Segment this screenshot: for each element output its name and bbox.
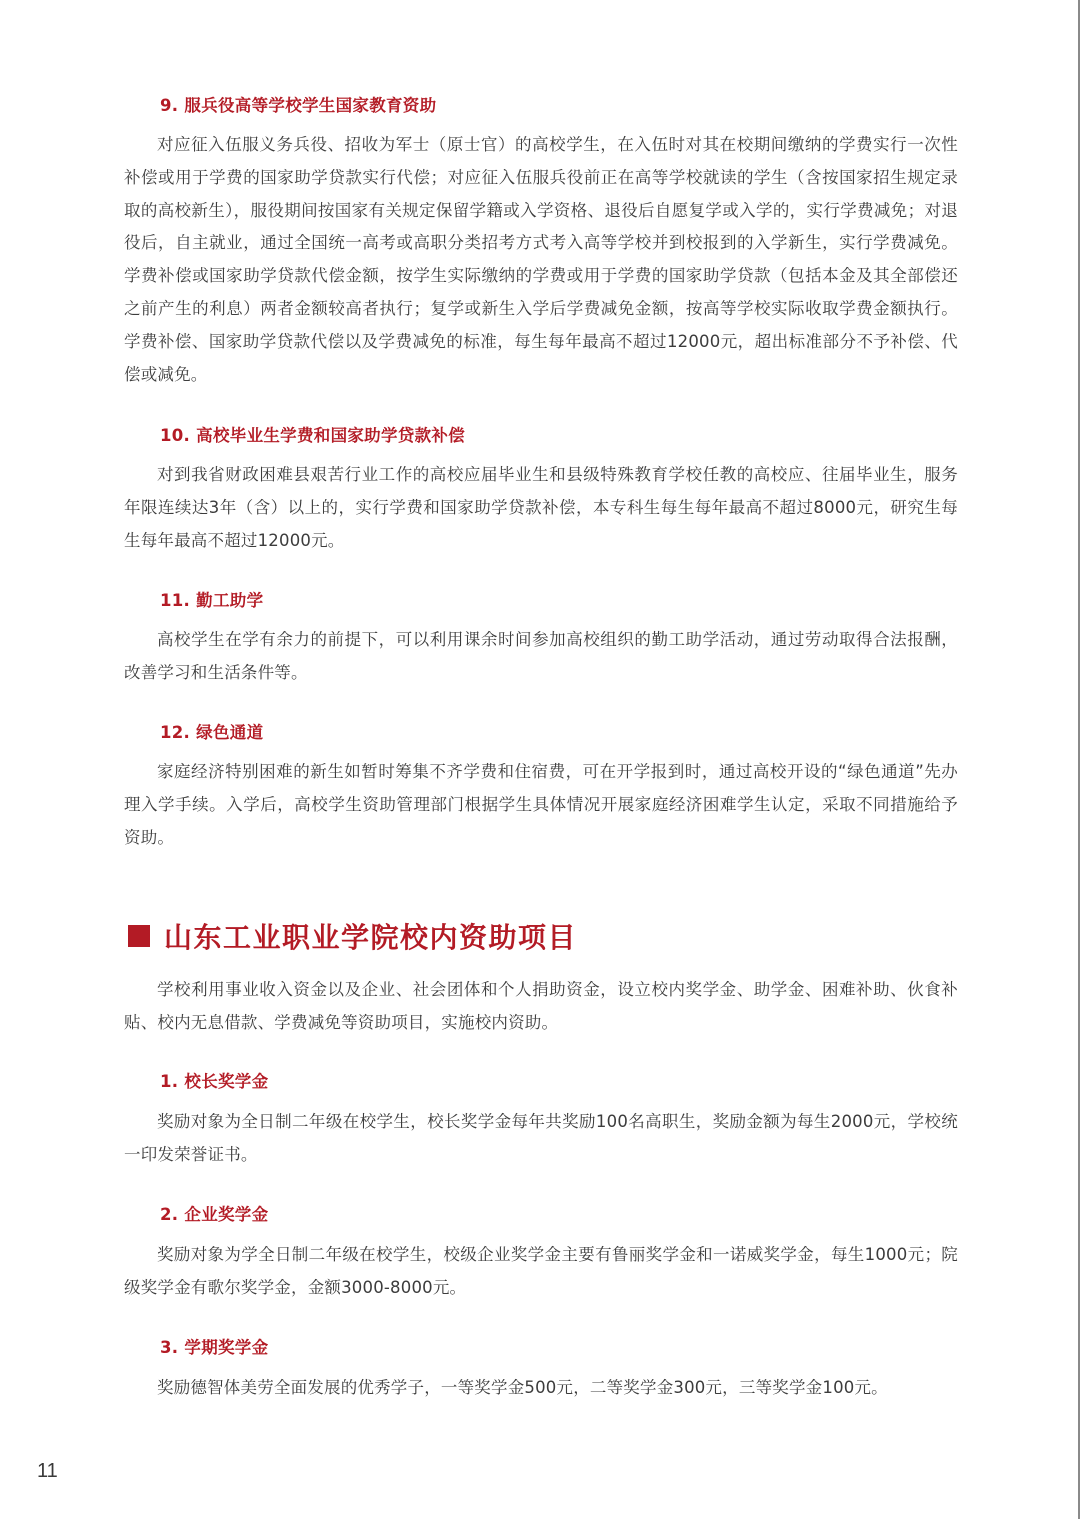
section-title: 山东工业职业学院校内资助项目 bbox=[128, 916, 577, 956]
school-item-2-heading: 2. 企业奖学金 bbox=[160, 1204, 268, 1226]
school-item-2-body: 奖励对象为学全日制二年级在校学生，校级企业奖学金主要有鲁丽奖学金和一诺威奖学金，… bbox=[124, 1239, 958, 1305]
item-12-body: 家庭经济特别困难的新生如暂时筹集不齐学费和住宿费，可在开学报到时，通过高校开设的… bbox=[124, 756, 958, 854]
item-11-body: 高校学生在学有余力的前提下，可以利用课余时间参加高校组织的勤工助学活动，通过劳动… bbox=[124, 624, 958, 690]
item-10-body: 对到我省财政困难县艰苦行业工作的高校应届毕业生和县级特殊教育学校任教的高校应、往… bbox=[124, 459, 958, 557]
school-item-3-heading: 3. 学期奖学金 bbox=[160, 1337, 268, 1359]
square-bullet-icon bbox=[128, 925, 150, 947]
school-item-3-body: 奖励德智体美劳全面发展的优秀学子，一等奖学金500元，二等奖学金300元，三等奖… bbox=[124, 1372, 958, 1405]
section-title-text: 山东工业职业学院校内资助项目 bbox=[164, 916, 577, 956]
school-item-1-heading: 1. 校长奖学金 bbox=[160, 1071, 268, 1093]
item-12-heading: 12. 绿色通道 bbox=[160, 722, 263, 744]
page-number: 11 bbox=[37, 1460, 58, 1483]
item-11-heading: 11. 勤工助学 bbox=[160, 590, 263, 612]
item-10-heading: 10. 高校毕业生学费和国家助学贷款补偿 bbox=[160, 425, 465, 447]
item-9-body: 对应征入伍服义务兵役、招收为军士（原士官）的高校学生，在入伍时对其在校期间缴纳的… bbox=[124, 129, 958, 391]
school-item-1-body: 奖励对象为全日制二年级在校学生，校长奖学金每年共奖励100名高职生，奖励金额为每… bbox=[124, 1106, 958, 1172]
section-intro: 学校利用事业收入资金以及企业、社会团体和个人捐助资金，设立校内奖学金、助学金、困… bbox=[124, 974, 958, 1040]
item-9-heading: 9. 服兵役高等学校学生国家教育资助 bbox=[160, 95, 436, 117]
